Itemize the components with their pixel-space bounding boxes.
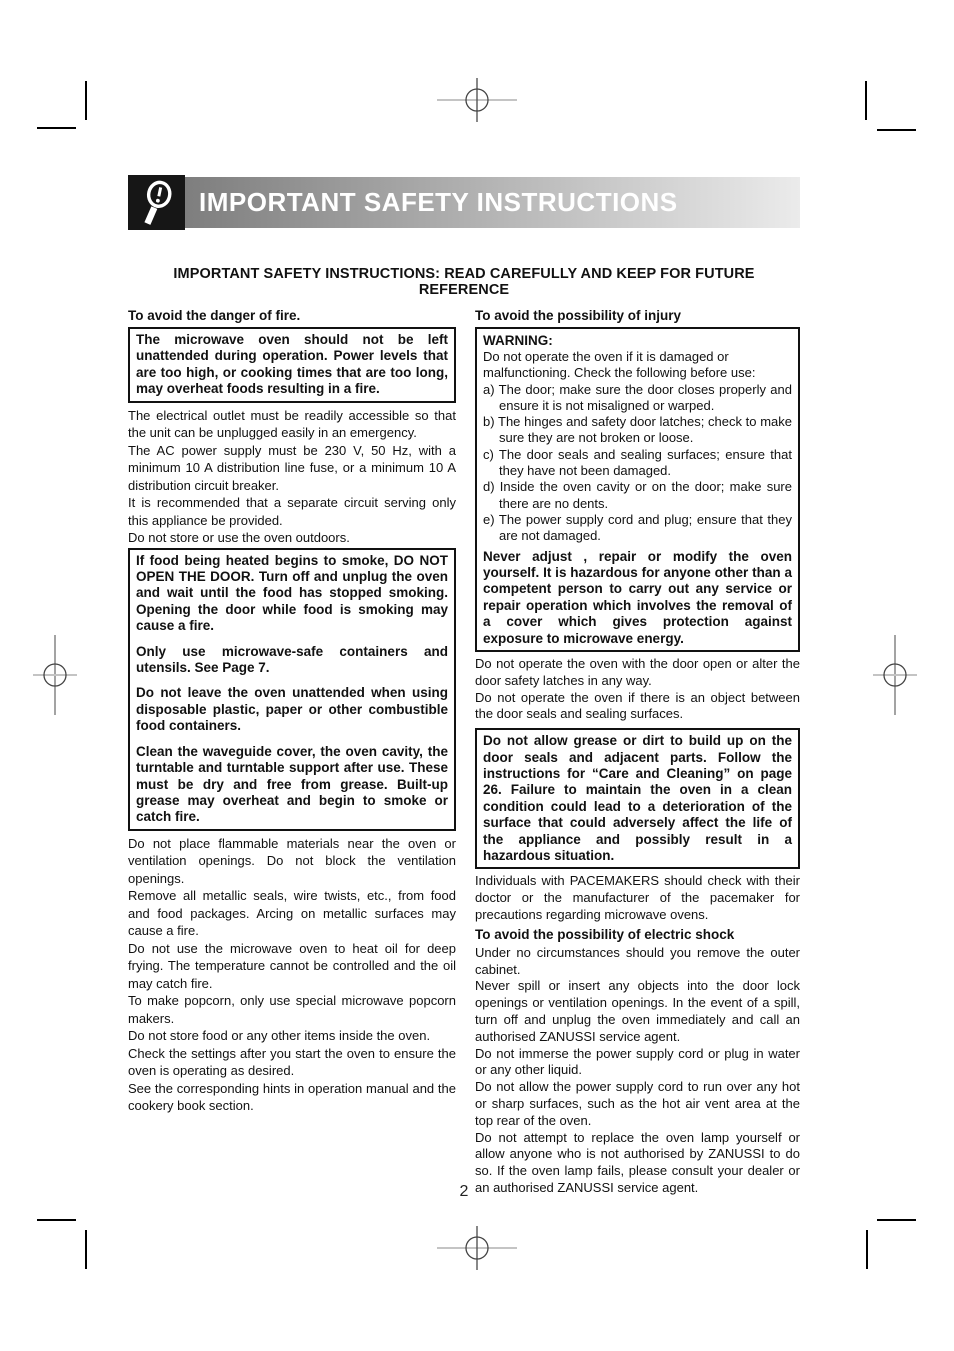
- crop-mark: [866, 1230, 868, 1269]
- page-content: IMPORTANT SAFETY INSTRUCTIONS IMPORTANT …: [128, 175, 800, 1197]
- boxed-warning-text: Only use microwave-safe containers and u…: [136, 644, 448, 677]
- warning-intro: Do not operate the oven if it is damaged…: [483, 349, 792, 382]
- boxed-warning-text: Do not leave the oven unattended when us…: [136, 685, 448, 734]
- crop-mark: [85, 1230, 87, 1269]
- boxed-warning-text: The microwave oven should not be left un…: [136, 332, 448, 398]
- warning-title: WARNING:: [483, 332, 792, 349]
- paragraph: See the corresponding hints in operation…: [128, 1080, 456, 1115]
- page-subtitle: IMPORTANT SAFETY INSTRUCTIONS: READ CARE…: [128, 266, 800, 298]
- crop-mark: [865, 81, 867, 120]
- registration-mark: [850, 630, 940, 720]
- registration-mark: [432, 1203, 522, 1293]
- crop-mark: [877, 1219, 916, 1221]
- never-adjust-warning: Never adjust , repair or modify the oven…: [483, 549, 792, 647]
- fire-warning-box: The microwave oven should not be left un…: [128, 327, 456, 403]
- warning-list-item: b) The hinges and safety door latches; c…: [483, 414, 792, 447]
- registration-mark: [432, 55, 522, 145]
- right-column: To avoid the possibility of injury WARNI…: [475, 307, 800, 1197]
- paragraph: Never spill or insert any objects into t…: [475, 978, 800, 1045]
- section-header-banner: IMPORTANT SAFETY INSTRUCTIONS: [128, 175, 800, 230]
- paragraph: The AC power supply must be 230 V, 50 Hz…: [128, 442, 456, 495]
- paragraph: Do not place flammable materials near th…: [128, 835, 456, 888]
- paragraph: Do not operate the oven if there is an o…: [475, 690, 800, 724]
- pacemaker-paragraph: Individuals with PACEMAKERS should check…: [475, 873, 800, 923]
- registration-mark: [10, 630, 100, 720]
- page-number: 2: [128, 1183, 800, 1201]
- boxed-warning-text: Do not allow grease or dirt to build up …: [483, 733, 792, 864]
- left-column: To avoid the danger of fire. The microwa…: [128, 307, 456, 1115]
- warning-list-item: c) The door seals and sealing surfaces; …: [483, 447, 792, 480]
- crop-mark: [37, 127, 76, 129]
- paragraph: Check the settings after you start the o…: [128, 1045, 456, 1080]
- manual-page: IMPORTANT SAFETY INSTRUCTIONS IMPORTANT …: [0, 0, 954, 1351]
- crop-mark: [37, 1219, 76, 1221]
- page-title: IMPORTANT SAFETY INSTRUCTIONS: [199, 187, 678, 218]
- paragraph: Remove all metallic seals, wire twists, …: [128, 887, 456, 940]
- warning-list-item: e) The power supply cord and plug; ensur…: [483, 512, 792, 545]
- paragraph: Do not store food or any other items ins…: [128, 1027, 456, 1045]
- electric-shock-heading: To avoid the possibility of electric sho…: [475, 926, 800, 943]
- injury-heading: To avoid the possibility of injury: [475, 307, 800, 324]
- header-icon-box: [128, 175, 185, 230]
- paragraph: Under no circumstances should you remove…: [475, 945, 800, 979]
- warning-list-item: d) Inside the oven cavity or on the door…: [483, 479, 792, 512]
- magnifier-exclamation-icon: [132, 178, 182, 228]
- paragraph: It is recommended that a separate circui…: [128, 494, 456, 529]
- paragraph: Do not allow the power supply cord to ru…: [475, 1079, 800, 1129]
- paragraph: To make popcorn, only use special microw…: [128, 992, 456, 1027]
- warning-box: WARNING: Do not operate the oven if it i…: [475, 327, 800, 652]
- header-title-bar: IMPORTANT SAFETY INSTRUCTIONS: [185, 177, 800, 228]
- warning-list-item: a) The door; make sure the door closes p…: [483, 382, 792, 415]
- fire-danger-heading: To avoid the danger of fire.: [128, 307, 456, 324]
- paragraph: Do not immerse the power supply cord or …: [475, 1046, 800, 1080]
- paragraph: Do not store or use the oven outdoors.: [128, 529, 456, 547]
- boxed-warning-text: If food being heated begins to smoke, DO…: [136, 553, 448, 635]
- crop-mark: [85, 81, 87, 120]
- two-column-body: To avoid the danger of fire. The microwa…: [128, 307, 800, 1197]
- paragraph: Do not operate the oven with the door op…: [475, 656, 800, 690]
- grease-warning-box: Do not allow grease or dirt to build up …: [475, 728, 800, 869]
- paragraph: The electrical outlet must be readily ac…: [128, 407, 456, 442]
- smoke-warning-box: If food being heated begins to smoke, DO…: [128, 548, 456, 831]
- paragraph: Do not use the microwave oven to heat oi…: [128, 940, 456, 993]
- crop-mark: [877, 129, 916, 131]
- boxed-warning-text: Clean the waveguide cover, the oven cavi…: [136, 744, 448, 826]
